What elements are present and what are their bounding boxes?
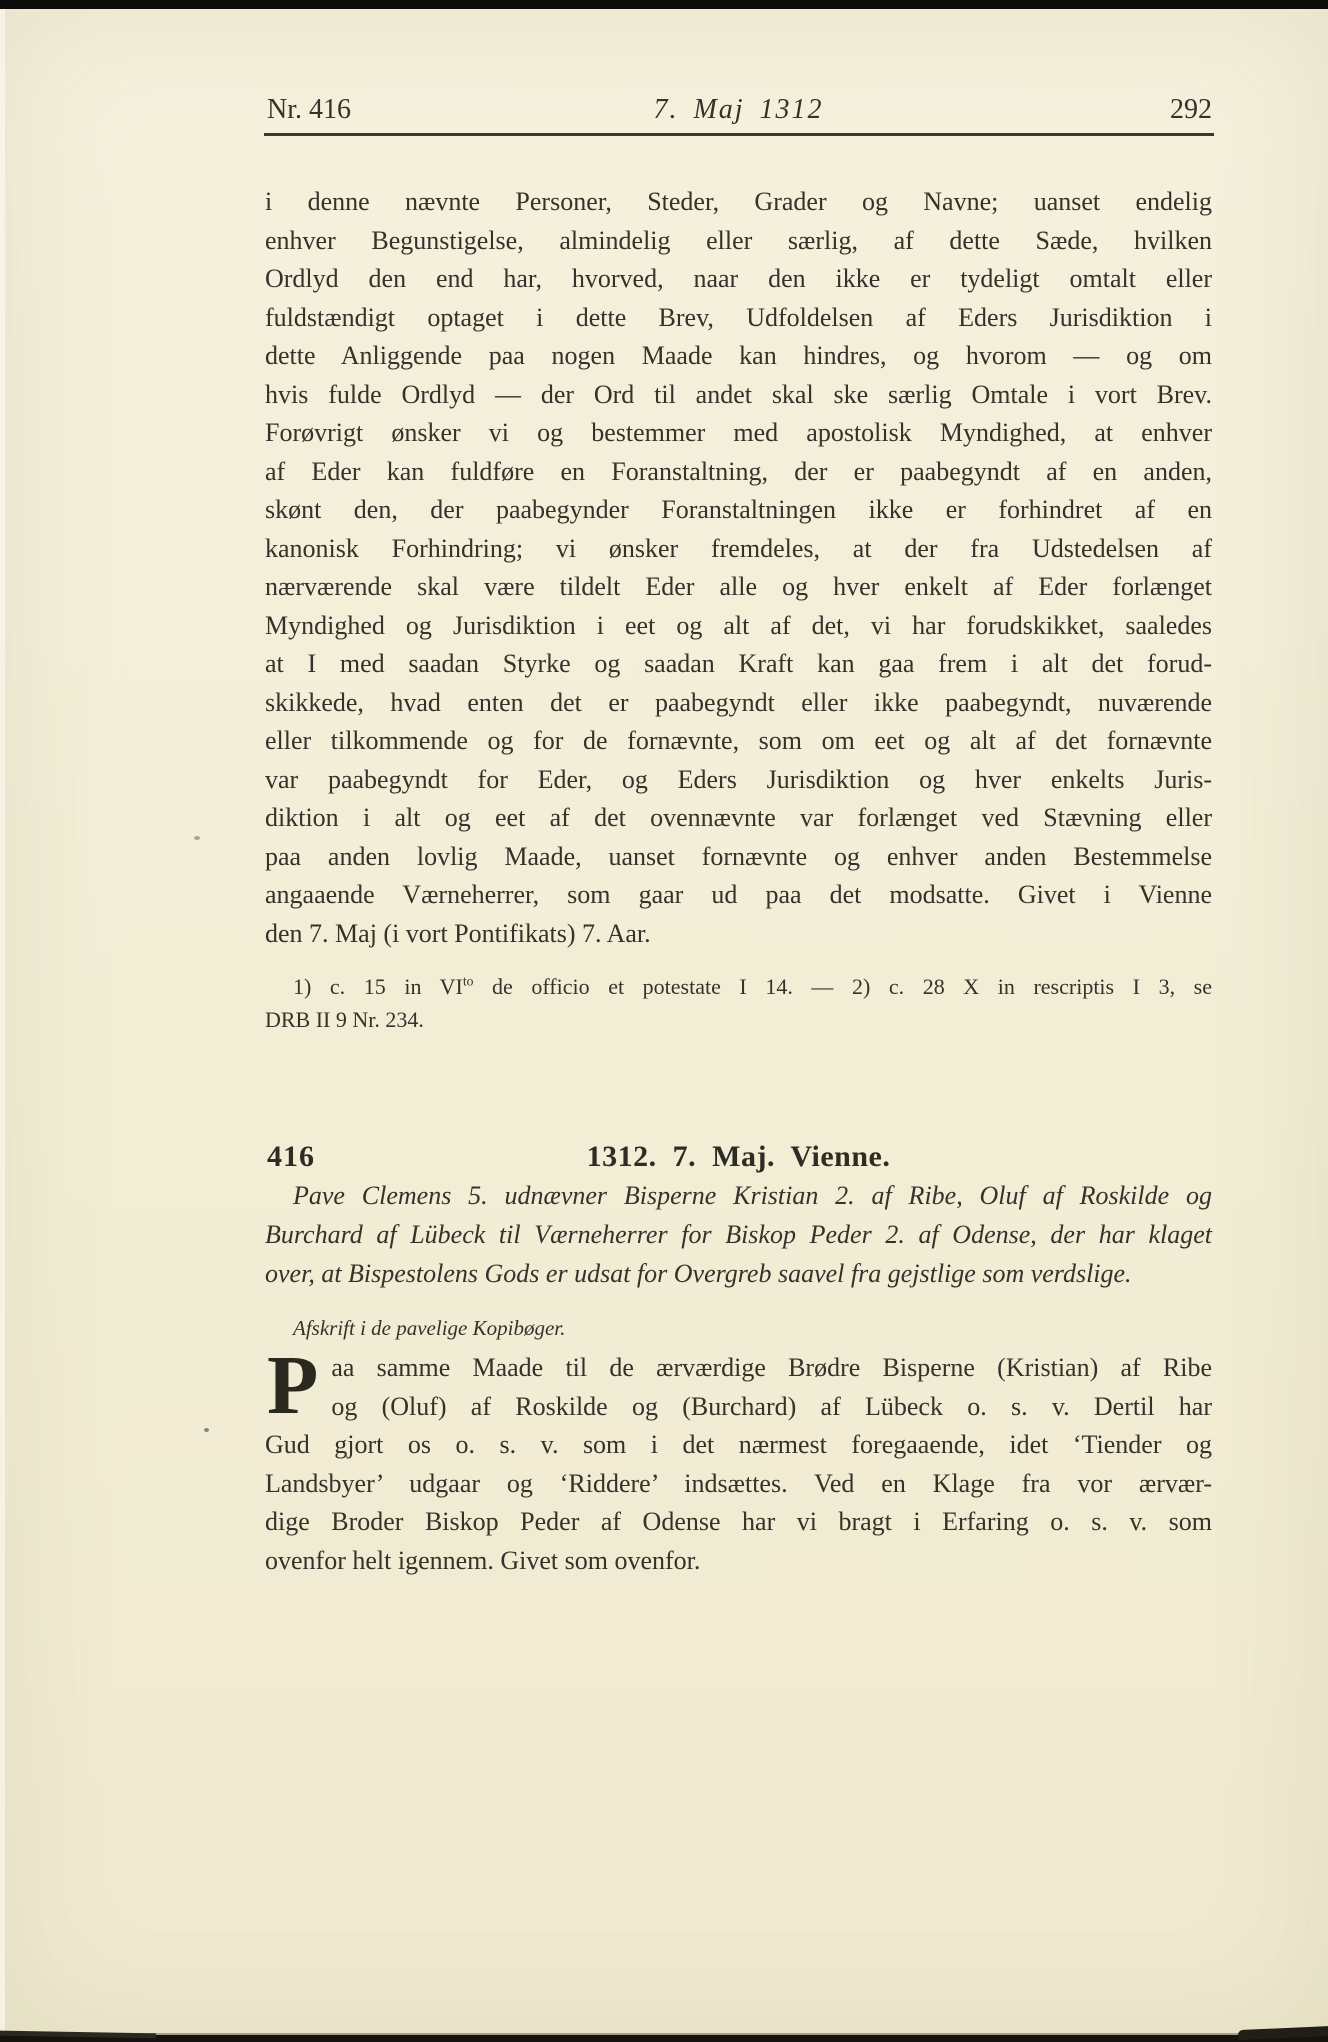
body-line: skønt den, der paabegynder Foranstaltnin… <box>265 491 1212 530</box>
scan-speck <box>194 836 200 840</box>
body-line: paa anden lovlig Maade, uanset fornævnte… <box>265 838 1212 877</box>
summary-line: over, at Bispestolens Gods er udsat for … <box>265 1254 1212 1293</box>
header-rule <box>264 133 1214 136</box>
scanned-book-page: Nr. 416 7. Maj 1312 292 i denne nævnte P… <box>0 0 1328 2042</box>
body-line: fuldstændigt optaget i dette Brev, Udfol… <box>265 299 1212 338</box>
body-line: Myndighed og Jurisdiktion i eet og alt a… <box>265 607 1212 646</box>
body-line: i denne nævnte Personer, Steder, Grader … <box>265 183 1212 222</box>
header-date: 7. Maj 1312 <box>265 94 1212 126</box>
paragraph-line: Landsbyer’ udgaar og ‘Riddere’ indsættes… <box>265 1465 1212 1504</box>
entry-summary: Pave Clemens 5. udnævner Bisperne Kristi… <box>265 1176 1212 1293</box>
paragraph-line: Gud gjort os o. s. v. som i det nærmest … <box>265 1426 1212 1465</box>
body-line: enhver Begunstigelse, almindelig eller s… <box>265 222 1212 261</box>
body-line: hvis fulde Ordlyd — der Ord til andet sk… <box>265 376 1212 415</box>
summary-line: Burchard af Lübeck til Værneherrer for B… <box>265 1215 1212 1254</box>
paragraph-line: ovenfor helt igennem. Givet som ovenfor. <box>265 1542 1212 1581</box>
body-line: af Eder kan fuldføre en Foranstaltning, … <box>265 453 1212 492</box>
footnote-line: 1) c. 15 in VIto de officio et potestate… <box>265 970 1212 1003</box>
source-note: Afskrift i de pavelige Kopibøger. <box>293 1316 565 1341</box>
entry-paragraph: P aa samme Maade til de ærværdige Brødre… <box>265 1349 1212 1580</box>
footnote-superscript: to <box>463 974 474 989</box>
body-line: skikkede, hvad enten det er paabegyndt e… <box>265 684 1212 723</box>
scan-edge-top <box>0 0 1328 9</box>
body-line: diktion i alt og eet af det ovennævnte v… <box>265 799 1212 838</box>
body-line: dette Anliggende paa nogen Maade kan hin… <box>265 337 1212 376</box>
body-line: Forøvrigt ønsker vi og bestemmer med apo… <box>265 414 1212 453</box>
header-page-number: 292 <box>1170 94 1212 126</box>
running-head: Nr. 416 7. Maj 1312 292 <box>265 94 1212 130</box>
body-line: kanonisk Forhindring; vi ønsker fremdele… <box>265 530 1212 569</box>
paragraph-line: dige Broder Biskop Peder af Odense har v… <box>265 1503 1212 1542</box>
body-line: var paabegyndt for Eder, og Eders Jurisd… <box>265 761 1212 800</box>
entry-title: 1312. 7. Maj. Vienne. <box>265 1140 1212 1174</box>
drop-cap: P <box>265 1349 331 1423</box>
scan-edge-bottom <box>0 2035 1328 2042</box>
body-line: at I med saadan Styrke og saadan Kraft k… <box>265 645 1212 684</box>
paragraph-line: aa samme Maade til de ærværdige Brødre B… <box>265 1349 1212 1388</box>
footnote-block: 1) c. 15 in VIto de officio et potestate… <box>265 970 1212 1036</box>
footnote-text-post: de officio et potestate I 14. — 2) c. 28… <box>473 974 1212 999</box>
body-line: den 7. Maj (i vort Pontifikats) 7. Aar. <box>265 915 1212 954</box>
letter-body: i denne nævnte Personer, Steder, Grader … <box>265 183 1212 953</box>
scan-speck <box>204 1428 209 1432</box>
paper-edge-left <box>0 9 5 2035</box>
footnote-line: DRB II 9 Nr. 234. <box>265 1003 1212 1036</box>
body-line: eller tilkommende og for de fornævnte, s… <box>265 722 1212 761</box>
body-line: angaaende Værneherrer, som gaar ud paa d… <box>265 876 1212 915</box>
paragraph-line: og (Oluf) af Roskilde og (Burchard) af L… <box>265 1388 1212 1427</box>
footnote-text-pre: 1) c. 15 in VI <box>293 974 463 999</box>
body-line: Ordlyd den end har, hvorved, naar den ik… <box>265 260 1212 299</box>
entry-heading: 416 1312. 7. Maj. Vienne. <box>265 1140 1212 1178</box>
body-line: nærværende skal være tildelt Eder alle o… <box>265 568 1212 607</box>
summary-line: Pave Clemens 5. udnævner Bisperne Kristi… <box>265 1176 1212 1215</box>
